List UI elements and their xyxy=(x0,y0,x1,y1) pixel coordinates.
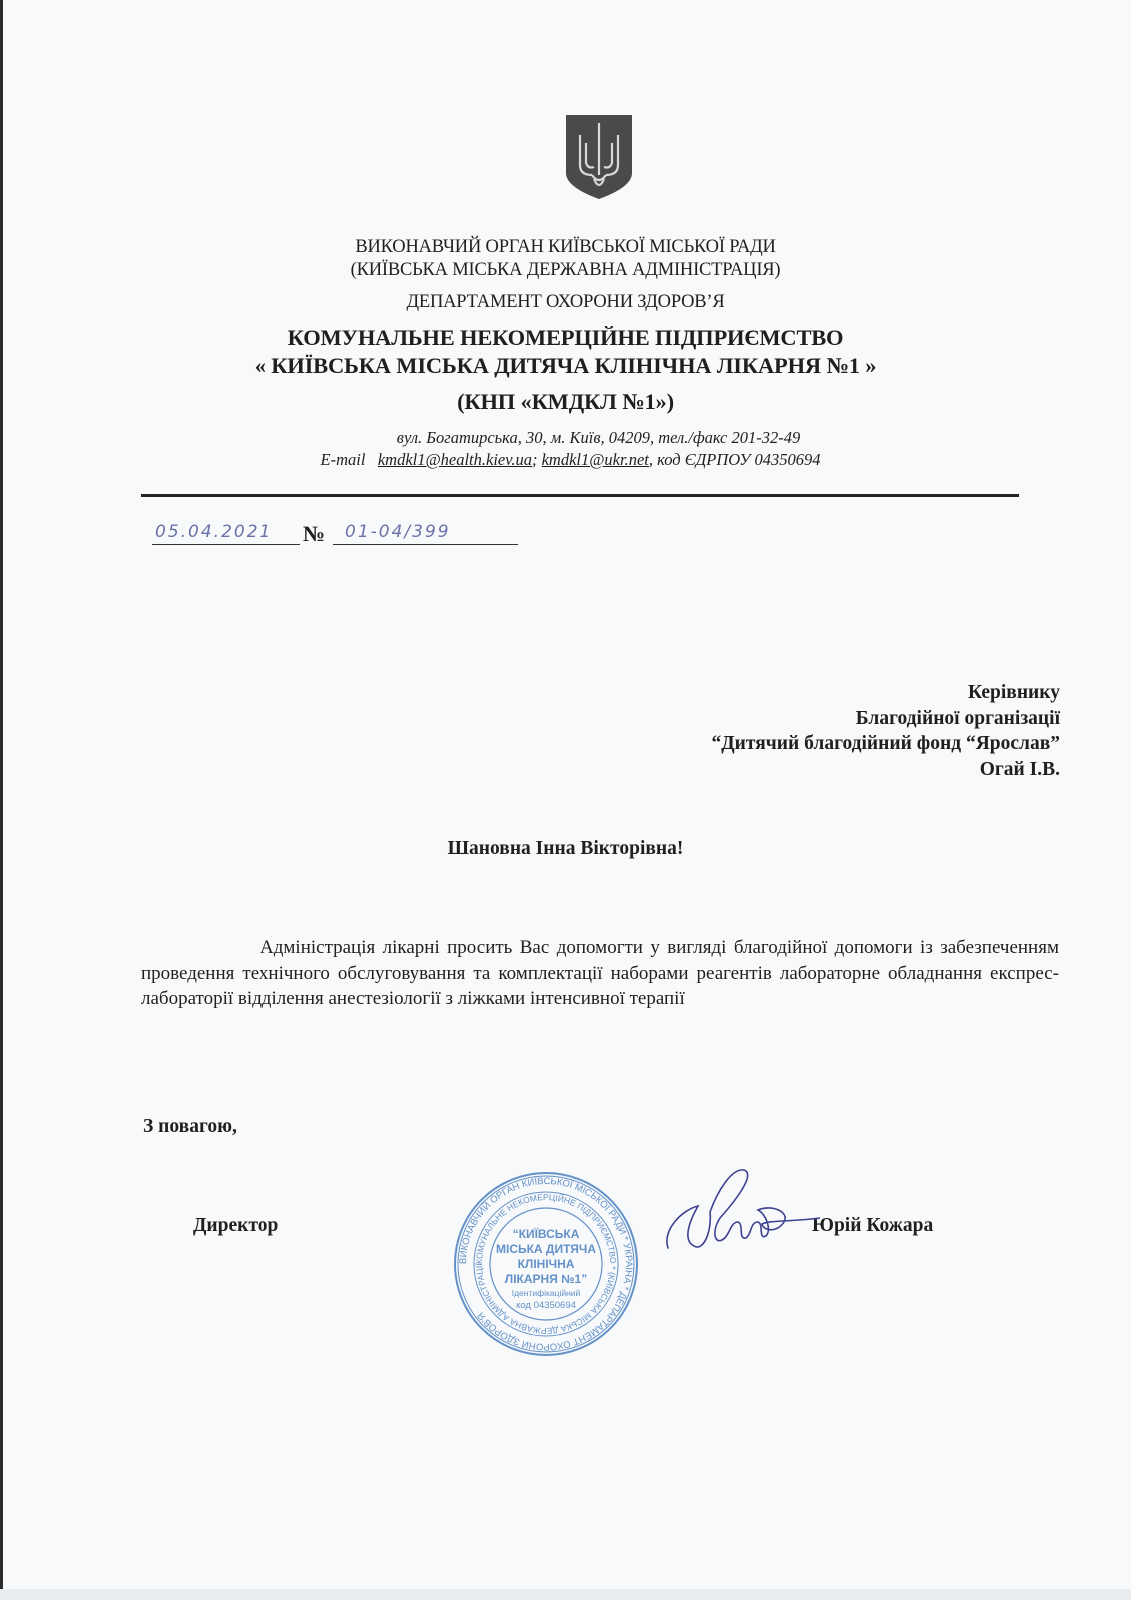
recipient-organization-type: Благодійної організації xyxy=(712,706,1061,732)
official-round-stamp: ВИКОНАВЧИЙ ОРГАН КИЇВСЬКОЇ МІСЬКОЇ РАДИ … xyxy=(452,1170,640,1358)
contact-line: E-mail kmdkl1@health.kiev.ua; kmdkl1@ukr… xyxy=(0,449,1131,471)
address-line: вул. Богатирська, 30, м. Київ, 04209, те… xyxy=(0,427,1131,449)
stamp-center-line-4: ЛІКАРНЯ №1” xyxy=(505,1272,587,1286)
outgoing-date: 05.04.2021 xyxy=(155,522,272,542)
scan-edge-bottom xyxy=(0,1589,1131,1600)
stamp-id-label: Ідентифікаційний xyxy=(512,1288,581,1298)
recipient-organization-name: “Дитячий благодійний фонд “Ярослав” xyxy=(712,731,1061,757)
organization-type: КОМУНАЛЬНЕ НЕКОМЕРЦІЙНЕ ПІДПРИЄМСТВО xyxy=(0,324,1131,351)
recipient-block: Керівнику Благодійної організації “Дитяч… xyxy=(712,680,1061,782)
date-underline xyxy=(152,544,300,545)
stamp-id-code: код 04350694 xyxy=(516,1300,576,1311)
signatory-title: Директор xyxy=(193,1215,278,1237)
handwritten-signature xyxy=(660,1160,820,1260)
department-name: ДЕПАРТАМЕНТ ОХОРОНИ ЗДОРОВ’Я xyxy=(0,290,1131,314)
stamp-center-line-2: МІСЬКА ДИТЯЧА xyxy=(496,1242,596,1256)
outgoing-number: 01-04/399 xyxy=(345,522,451,542)
edrpou-code: , код ЄДРПОУ 04350694 xyxy=(649,450,821,469)
recipient-title: Керівнику xyxy=(712,680,1061,706)
stamp-center-line-1: “КИЇВСЬКА xyxy=(513,1226,580,1241)
recipient-name: Огай І.В. xyxy=(712,757,1061,783)
organization-abbreviation: (КНП «КМДКЛ №1») xyxy=(0,388,1131,415)
email-link-ukrnet[interactable]: kmdkl1@ukr.net xyxy=(542,450,649,469)
signatory-name: Юрій Кожара xyxy=(812,1215,933,1237)
letterhead-divider xyxy=(141,494,1019,497)
stamp-center-line-3: КЛІНІЧНА xyxy=(518,1257,575,1271)
ukraine-trident-coat-of-arms-icon xyxy=(564,113,634,201)
number-sign: № xyxy=(303,521,325,547)
closing-phrase: З повагою, xyxy=(143,1116,237,1138)
email-separator: ; xyxy=(532,450,538,469)
letter-body: Адміністрація лікарні просить Вас допомо… xyxy=(141,935,1059,1012)
issuer-line-2: (КИЇВСЬКА МІСЬКА ДЕРЖАВНА АДМІНІСТРАЦІЯ) xyxy=(0,258,1131,282)
email-link-health[interactable]: kmdkl1@health.kiev.ua xyxy=(378,450,532,469)
issuer-line-1: ВИКОНАВЧИЙ ОРГАН КИЇВСЬКОЇ МІСЬКОЇ РАДИ xyxy=(0,235,1131,259)
salutation: Шановна Інна Вікторівна! xyxy=(0,838,1131,860)
email-label: E-mail xyxy=(321,450,366,469)
organization-name: « КИЇВСЬКА МІСЬКА ДИТЯЧА КЛІНІЧНА ЛІКАРН… xyxy=(0,352,1131,379)
number-underline xyxy=(333,544,518,545)
